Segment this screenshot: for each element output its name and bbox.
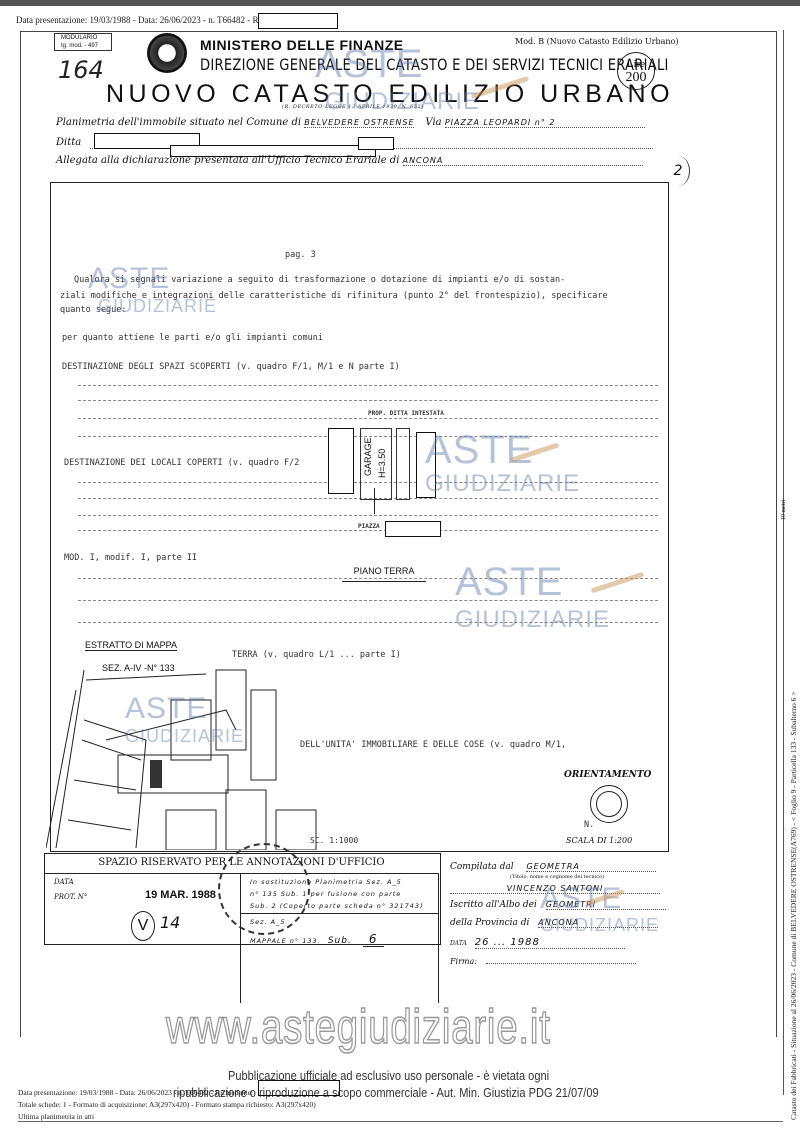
watermark-aste: ASTE [88, 262, 170, 296]
planimetria-row: Planimetria dell'immobile situato nel Co… [56, 117, 645, 128]
watermark-giudiziarie: GIUDIZIARIE [98, 296, 217, 317]
mappale-row: MAPPALE n° 133. Sub. 6 [250, 932, 384, 946]
mod-parte: MOD. I, modif. I, parte II [64, 553, 197, 563]
compiler-date-label: DATA [450, 940, 467, 947]
redacted-requester [258, 13, 338, 29]
firma-label: Firma: [450, 957, 477, 966]
footer-line1: Data presentazione: 19/03/1988 - Data: 2… [18, 1088, 253, 1097]
watermark-giudiziarie: GIUDIZIARIE [540, 915, 659, 936]
watermark-giudiziarie: GIUDIZIARIE [125, 726, 244, 747]
note-line2: n° 135 Sub. 1 per fusione con parte [250, 890, 401, 898]
north-label: N. [584, 820, 594, 830]
watermark-aste: ASTE [425, 428, 533, 473]
footer-rule [18, 1121, 783, 1122]
sez-value: Sez. A_5 [250, 918, 286, 926]
form-line [78, 400, 658, 402]
stamp-date: 19 MAR. 1988 [145, 889, 216, 901]
entry-arrow [374, 488, 375, 514]
scale-label: SCALA DI 1:200 [566, 836, 632, 845]
note-line1: In sostituzione Planimetria Sez. A_5 [250, 878, 402, 886]
estratto-label: ESTRATTO DI MAPPA [85, 640, 177, 651]
compiler-title-value: GEOMETRA [526, 862, 656, 872]
modulario-label: MODULARIO Ig. mod. - 497 [54, 33, 112, 51]
scoperti-lower: TERRA (v. quadro L/1 ... parte I) [232, 650, 401, 660]
watermark-aste: ASTE [540, 882, 622, 916]
header-meta: Data presentazione: 19/03/1988 - Data: 2… [16, 15, 298, 25]
firma-row: Firma: [450, 957, 636, 966]
note-divider [240, 913, 438, 914]
comune-value: BELVEDERE OSTRENSE [304, 118, 414, 128]
via-value: PIAZZA LEOPARDI n° 2 [445, 118, 645, 128]
watermark-aste: ASTE [455, 560, 563, 605]
plan-owner-label: PROP. DITTA INTESTATA [368, 410, 444, 417]
scan-top-border [0, 0, 800, 6]
redacted-footer-requester [258, 1080, 340, 1096]
firma-line [486, 963, 636, 964]
destinazione-scoperti: DESTINAZIONE DEGLI SPAZI SCOPERTI (v. qu… [62, 362, 400, 372]
allegata-row: Allegata alla dichiarazione presentata a… [56, 155, 643, 166]
model-label: Mod. B (Nuovo Catasto Edilizio Urbano) [515, 37, 678, 46]
form-line [78, 530, 658, 532]
side-scale-bar: 10 metri [781, 500, 787, 520]
compiler-date-row: DATA 26 ... 1988 [450, 937, 625, 949]
albo-label: Iscritto all'Albo dei [450, 900, 537, 910]
office-prot-label: PROT. N° [54, 893, 87, 901]
destinazione-coperti: DESTINAZIONE DEI LOCALI COPERTI (v. quad… [64, 458, 299, 468]
form-line [78, 385, 658, 387]
page-label: pag. 3 [285, 250, 316, 260]
map-scale: SC. 1:1000 [310, 836, 358, 845]
form-line [78, 600, 658, 602]
locali-uso-text: DELL'UNITA' IMMOBILIARE E DELLE COSE (v.… [300, 740, 566, 750]
stair-room [396, 428, 410, 500]
provincia-label: della Provincia di [450, 918, 529, 928]
office-right-border [438, 873, 439, 1003]
compiler-hint: (Titolo, nome e cognome del tecnico) [510, 874, 604, 880]
ditta-label: Ditta [56, 137, 81, 148]
direction-title: DIREZIONE GENERALE DEL CATASTO E DEI SER… [200, 55, 669, 74]
footer-line3: Ultima planimetria in atti [18, 1112, 94, 1121]
form-line [78, 515, 658, 517]
stamp-price: Lire 200 [617, 52, 655, 90]
handwritten-mark: V [131, 911, 155, 941]
watermark-giudiziarie: GIUDIZIARIE [425, 470, 580, 498]
height-label-wrap: H=3.50 [377, 428, 389, 498]
watermark-aste: ASTE [125, 692, 207, 726]
floor-label: PIANO TERRA [342, 566, 426, 582]
side-rule [783, 30, 784, 1095]
handwritten-number: 164 [58, 56, 104, 84]
website-watermark: www.astegiudiziarie.it [166, 1000, 551, 1055]
sheet-number: 2 [667, 156, 690, 186]
orientation-label: ORIENTAMENTO [564, 770, 651, 780]
star-icon: ★ [155, 40, 179, 64]
note-line3: Sub. 2 (Coperto parte scheda n° 321743) [250, 902, 424, 910]
form-line [78, 418, 658, 420]
planimetria-label: Planimetria dell'immobile situato nel Co… [56, 117, 301, 128]
ufficio-value: ANCONA [403, 156, 643, 166]
plan-wall-left [328, 428, 354, 494]
footer-line2: Totale schede: 1 - Formato di acquisizio… [18, 1100, 316, 1109]
ditta-row: Ditta [56, 137, 81, 148]
modulario-line2: Ig. mod. - 497 [61, 42, 111, 50]
mappale-label: MAPPALE n° 133. [250, 937, 321, 945]
office-data-label: DATA [54, 878, 74, 886]
watermark-giudiziarie: GIUDIZIARIE [325, 88, 480, 116]
compiler-row: Compilata dal GEOMETRA [450, 862, 656, 872]
stamp-price-value: 200 [618, 71, 654, 84]
side-catasto-text: Catasto dei Fabbricati - Situazione al 2… [789, 691, 798, 1120]
garage-label: GARAGE [363, 437, 373, 476]
cadastral-map [46, 660, 426, 850]
redacted-owner-3 [358, 137, 394, 150]
compiler-date-value: 26 ... 1988 [475, 937, 625, 949]
compass-inner-icon [596, 791, 622, 817]
watermark-aste: ASTE [315, 42, 423, 87]
via-label: Via [425, 117, 441, 128]
parti-comuni: per quanto attiene le parti e/o gli impi… [62, 333, 323, 343]
watermark-giudiziarie: GIUDIZIARIE [455, 606, 610, 634]
piazza-label: PIAZZA [358, 523, 380, 530]
height-label: H=3.50 [377, 449, 387, 478]
sub-label: Sub. [328, 936, 352, 946]
compilata-label: Compilata dal [450, 862, 514, 872]
modulario-line1: MODULARIO [61, 34, 111, 42]
allegata-label: Allegata alla dichiarazione presentata a… [56, 155, 399, 166]
handwritten-num: 14 [160, 913, 180, 932]
redacted-piazza [385, 521, 441, 537]
sub-value: 6 [363, 932, 384, 947]
